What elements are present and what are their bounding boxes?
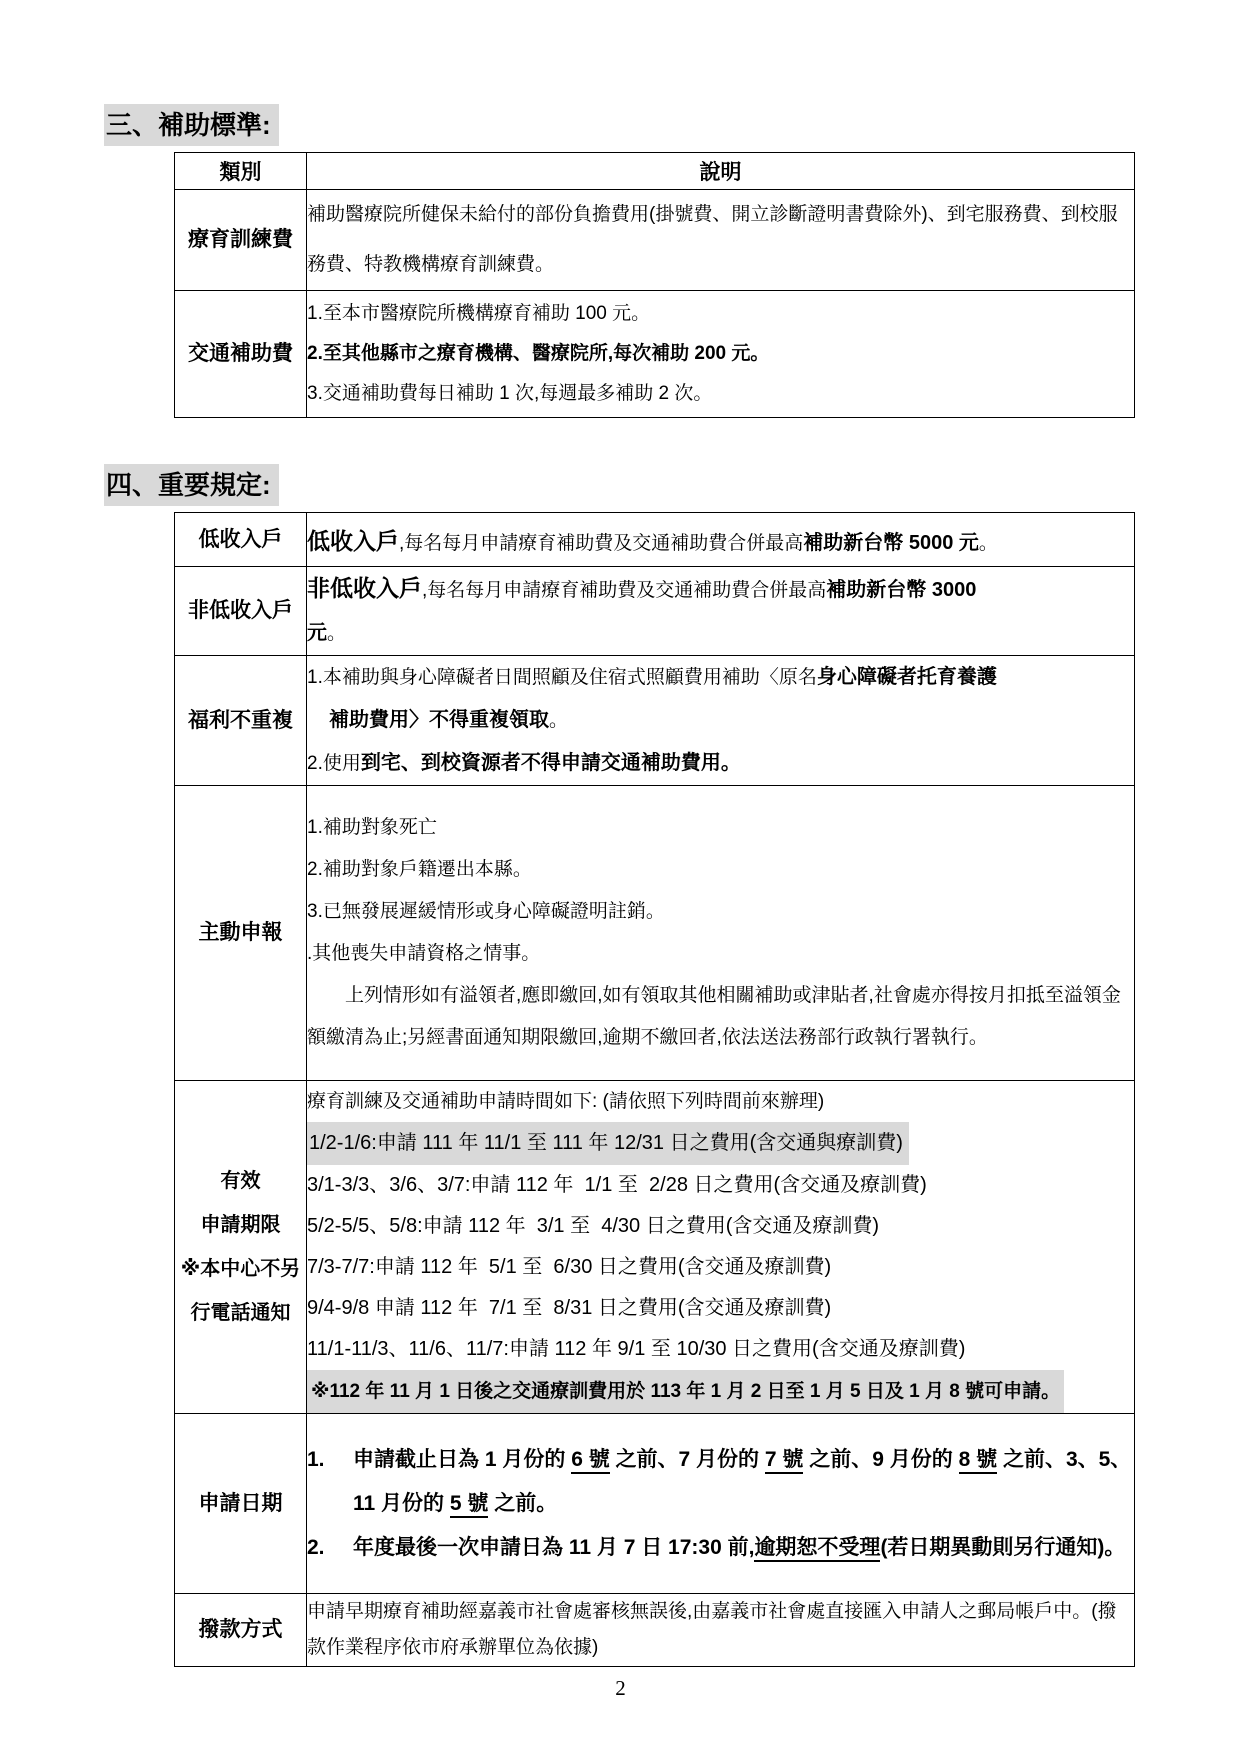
no-duplicate-item2-bold: 到宅、到校資源者不得申請交通補助費用。 xyxy=(361,752,741,774)
row-content-self-report: 1.補助對象死亡 2.補助對象戶籍遷出本縣。 3.已無發展遲緩情形或身心障礙證明… xyxy=(307,786,1135,1081)
table-row-valid-period: 有效 申請期限 ※本中心不另 行電話通知 療育訓練及交通補助申請時間如下: (請… xyxy=(175,1081,1135,1414)
apply-date-seg: 之前。 xyxy=(488,1492,557,1515)
low-income-mid: ,每名每月申請療育補助費及交通補助費合併最高 xyxy=(399,533,803,554)
valid-period-label-line1: 有效 xyxy=(175,1159,306,1203)
no-duplicate-item2: 2.使用到宅、到校資源者不得申請交通補助費用。 xyxy=(307,742,1134,785)
self-report-item2: 2.補助對象戶籍遷出本縣。 xyxy=(307,849,1134,891)
apply-date-seg: (若日期異動則另行通知)。 xyxy=(880,1536,1125,1559)
valid-period-schedule-2: 3/1-3/3、3/6、3/7:申請 112 年 1/1 至 2/28 日之費用… xyxy=(307,1165,1134,1206)
apply-date-item2-text: 年度最後一次申請日為 11 月 7 日 17:30 前,逾期恕不受理(若日期異動… xyxy=(353,1526,1134,1570)
row-content-valid-period: 療育訓練及交通補助申請時間如下: (請依照下列時間前來辦理) 1/2-1/6:申… xyxy=(307,1081,1135,1414)
no-duplicate-item1-bold: 身心障礙者托育養護 xyxy=(817,666,997,688)
no-duplicate-item2-normal: 2.使用 xyxy=(307,753,361,774)
non-low-income-line1: 非低收入戶,每名每月申請療育補助費及交通補助費合併最高補助新台幣 3000 xyxy=(307,567,1134,612)
row-content-payment-method: 申請早期療育補助經嘉義市社會處審核無誤後,由嘉義市社會處直接匯入申請人之郵局帳戶… xyxy=(307,1594,1135,1667)
non-low-income-line2-end: 。 xyxy=(327,623,346,644)
low-income-lead: 低收入戶 xyxy=(307,528,399,554)
important-rules-table: 低收入戶 低收入戶,每名每月申請療育補助費及交通補助費合併最高補助新台幣 500… xyxy=(174,512,1135,1667)
valid-period-schedule-1: 1/2-1/6:申請 111 年 11/1 至 111 年 12/31 日之費用… xyxy=(307,1122,1134,1165)
apply-date-item2: 2. 年度最後一次申請日為 11 月 7 日 17:30 前,逾期恕不受理(若日… xyxy=(307,1526,1134,1570)
valid-period-note: ※112 年 11 月 1 日後之交通療訓費用於 113 年 1 月 2 日至 … xyxy=(307,1370,1134,1413)
section4-heading-text: 四、重要規定: xyxy=(104,464,279,506)
table-row-therapy-fee: 療育訓練費 補助醫療院所健保未給付的部份負擔費用(掛號費、開立診斷證明書費除外)… xyxy=(175,190,1135,291)
valid-period-label-line4: 行電話通知 xyxy=(175,1291,306,1335)
valid-period-label-line3: ※本中心不另 xyxy=(175,1247,306,1291)
apply-date-underline-jan: 6 號 xyxy=(571,1448,610,1474)
valid-period-schedule-6: 11/1-11/3、11/6、11/7:申請 112 年 9/1 至 10/30… xyxy=(307,1329,1134,1370)
no-duplicate-item1-line2-end: 。 xyxy=(549,710,568,731)
apply-date-seg: 申請截止日為 1 月份的 xyxy=(353,1448,571,1471)
header-cell-description: 說明 xyxy=(307,153,1135,190)
row-content-low-income: 低收入戶,每名每月申請療育補助費及交通補助費合併最高補助新台幣 5000 元。 xyxy=(307,513,1135,567)
apply-date-item1-text: 申請截止日為 1 月份的 6 號 之前、7 月份的 7 號 之前、9 月份的 8… xyxy=(353,1438,1134,1526)
section4-heading: 四、重要規定: xyxy=(104,418,1241,506)
row-label-therapy-fee: 療育訓練費 xyxy=(175,190,307,291)
row-content-transport-subsidy: 1.至本市醫療院所機構療育補助 100 元。 2.至其他縣市之療育機構、醫療院所… xyxy=(307,291,1135,418)
valid-period-schedule-4: 7/3-7/7:申請 112 年 5/1 至 6/30 日之費用(含交通及療訓費… xyxy=(307,1247,1134,1288)
valid-period-intro: 療育訓練及交通補助申請時間如下: (請依照下列時間前來辦理) xyxy=(307,1081,1134,1122)
self-report-item3: 3.已無發展遲緩情形或身心障礙證明註銷。 xyxy=(307,891,1134,933)
schedule-1-highlight: 1/2-1/6:申請 111 年 11/1 至 111 年 12/31 日之費用… xyxy=(307,1122,909,1165)
self-report-paragraph: 上列情形如有溢領者,應即繳回,如有領取其他相關補助或津貼者,社會處亦得按月扣抵至… xyxy=(307,975,1134,1059)
document-page: 三、補助標準: 類別 說明 療育訓練費 補助醫療院所健保未給付的部份負擔費用(掛… xyxy=(0,0,1241,1754)
apply-date-item1-number: 1. xyxy=(307,1438,353,1526)
no-duplicate-item1-line1: 1.本補助與身心障礙者日間照顧及住宿式照顧費用補助〈原名身心障礙者托育養護 xyxy=(307,656,1134,699)
table-row-transport-subsidy: 交通補助費 1.至本市醫療院所機構療育補助 100 元。 2.至其他縣市之療育機… xyxy=(175,291,1135,418)
section3-heading: 三、補助標準: xyxy=(104,0,1241,146)
table-row-no-duplicate: 福利不重複 1.本補助與身心障礙者日間照顧及住宿式照顧費用補助〈原名身心障礙者托… xyxy=(175,656,1135,786)
valid-period-schedule-5: 9/4-9/8 申請 112 年 7/1 至 8/31 日之費用(含交通及療訓費… xyxy=(307,1288,1134,1329)
no-duplicate-item1-line2: 補助費用〉不得重複領取。 xyxy=(307,699,1134,742)
row-label-self-report: 主動申報 xyxy=(175,786,307,1081)
apply-date-seg: 年度最後一次申請日為 11 月 7 日 17:30 前, xyxy=(353,1536,754,1559)
apply-date-underline-overdue: 逾期恕不受理 xyxy=(754,1536,880,1562)
valid-period-label-line2: 申請期限 xyxy=(175,1203,306,1247)
apply-date-seg: 之前、7 月份的 xyxy=(610,1448,765,1471)
non-low-income-mid: ,每名每月申請療育補助費及交通補助費合併最高 xyxy=(422,580,826,601)
apply-date-item1: 1. 申請截止日為 1 月份的 6 號 之前、7 月份的 7 號 之前、9 月份… xyxy=(307,1438,1134,1526)
subsidy-standard-table: 類別 說明 療育訓練費 補助醫療院所健保未給付的部份負擔費用(掛號費、開立診斷證… xyxy=(174,152,1135,418)
transport-item-2: 2.至其他縣市之療育機構、醫療院所,每次補助 200 元。 xyxy=(307,334,1134,374)
row-label-valid-period: 有效 申請期限 ※本中心不另 行電話通知 xyxy=(175,1081,307,1414)
transport-item-1: 1.至本市醫療院所機構療育補助 100 元。 xyxy=(307,294,1134,334)
row-label-non-low-income: 非低收入戶 xyxy=(175,567,307,656)
apply-date-seg: 之前、9 月份的 xyxy=(803,1448,958,1471)
table-row-self-report: 主動申報 1.補助對象死亡 2.補助對象戶籍遷出本縣。 3.已無發展遲緩情形或身… xyxy=(175,786,1135,1081)
table-header-row: 類別 說明 xyxy=(175,153,1135,190)
row-content-non-low-income: 非低收入戶,每名每月申請療育補助費及交通補助費合併最高補助新台幣 3000 元。 xyxy=(307,567,1135,656)
self-report-item1: 1.補助對象死亡 xyxy=(307,807,1134,849)
table-row-payment-method: 撥款方式 申請早期療育補助經嘉義市社會處審核無誤後,由嘉義市社會處直接匯入申請人… xyxy=(175,1594,1135,1667)
apply-date-underline-other: 5 號 xyxy=(450,1492,489,1518)
row-label-payment-method: 撥款方式 xyxy=(175,1594,307,1667)
row-content-no-duplicate: 1.本補助與身心障礙者日間照顧及住宿式照顧費用補助〈原名身心障礙者托育養護 補助… xyxy=(307,656,1135,786)
self-report-item4: .其他喪失申請資格之情事。 xyxy=(307,933,1134,975)
non-low-income-unit: 元 xyxy=(307,622,327,644)
table-row-low-income: 低收入戶 低收入戶,每名每月申請療育補助費及交通補助費合併最高補助新台幣 500… xyxy=(175,513,1135,567)
non-low-income-lead: 非低收入戶 xyxy=(307,575,422,601)
low-income-end: 。 xyxy=(979,533,998,554)
table-row-apply-date: 申請日期 1. 申請截止日為 1 月份的 6 號 之前、7 月份的 7 號 之前… xyxy=(175,1414,1135,1594)
apply-date-underline-sep: 8 號 xyxy=(959,1448,998,1474)
header-cell-category: 類別 xyxy=(175,153,307,190)
no-duplicate-item1-normal: 1.本補助與身心障礙者日間照顧及住宿式照顧費用補助〈原名 xyxy=(307,667,817,688)
no-duplicate-item1-line2-bold: 補助費用〉不得重複領取 xyxy=(329,709,549,731)
row-label-no-duplicate: 福利不重複 xyxy=(175,656,307,786)
apply-date-underline-jul: 7 號 xyxy=(765,1448,804,1474)
row-label-low-income: 低收入戶 xyxy=(175,513,307,567)
section3-heading-text: 三、補助標準: xyxy=(104,104,279,146)
row-content-apply-date: 1. 申請截止日為 1 月份的 6 號 之前、7 月份的 7 號 之前、9 月份… xyxy=(307,1414,1135,1594)
row-label-transport-subsidy: 交通補助費 xyxy=(175,291,307,418)
page-number: 2 xyxy=(0,1676,1241,1701)
non-low-income-line2: 元。 xyxy=(307,612,1134,655)
low-income-amount: 補助新台幣 5000 元 xyxy=(803,532,979,554)
valid-period-note-highlight: ※112 年 11 月 1 日後之交通療訓費用於 113 年 1 月 2 日至 … xyxy=(307,1370,1064,1413)
transport-item-3: 3.交通補助費每日補助 1 次,每週最多補助 2 次。 xyxy=(307,374,1134,414)
non-low-income-amount: 補助新台幣 3000 xyxy=(826,579,976,601)
row-label-apply-date: 申請日期 xyxy=(175,1414,307,1594)
valid-period-schedule-3: 5/2-5/5、5/8:申請 112 年 3/1 至 4/30 日之費用(含交通… xyxy=(307,1206,1134,1247)
apply-date-item2-number: 2. xyxy=(307,1526,353,1570)
row-content-therapy-fee: 補助醫療院所健保未給付的部份負擔費用(掛號費、開立診斷證明書費除外)、到宅服務費… xyxy=(307,190,1135,291)
table-row-non-low-income: 非低收入戶 非低收入戶,每名每月申請療育補助費及交通補助費合併最高補助新台幣 3… xyxy=(175,567,1135,656)
